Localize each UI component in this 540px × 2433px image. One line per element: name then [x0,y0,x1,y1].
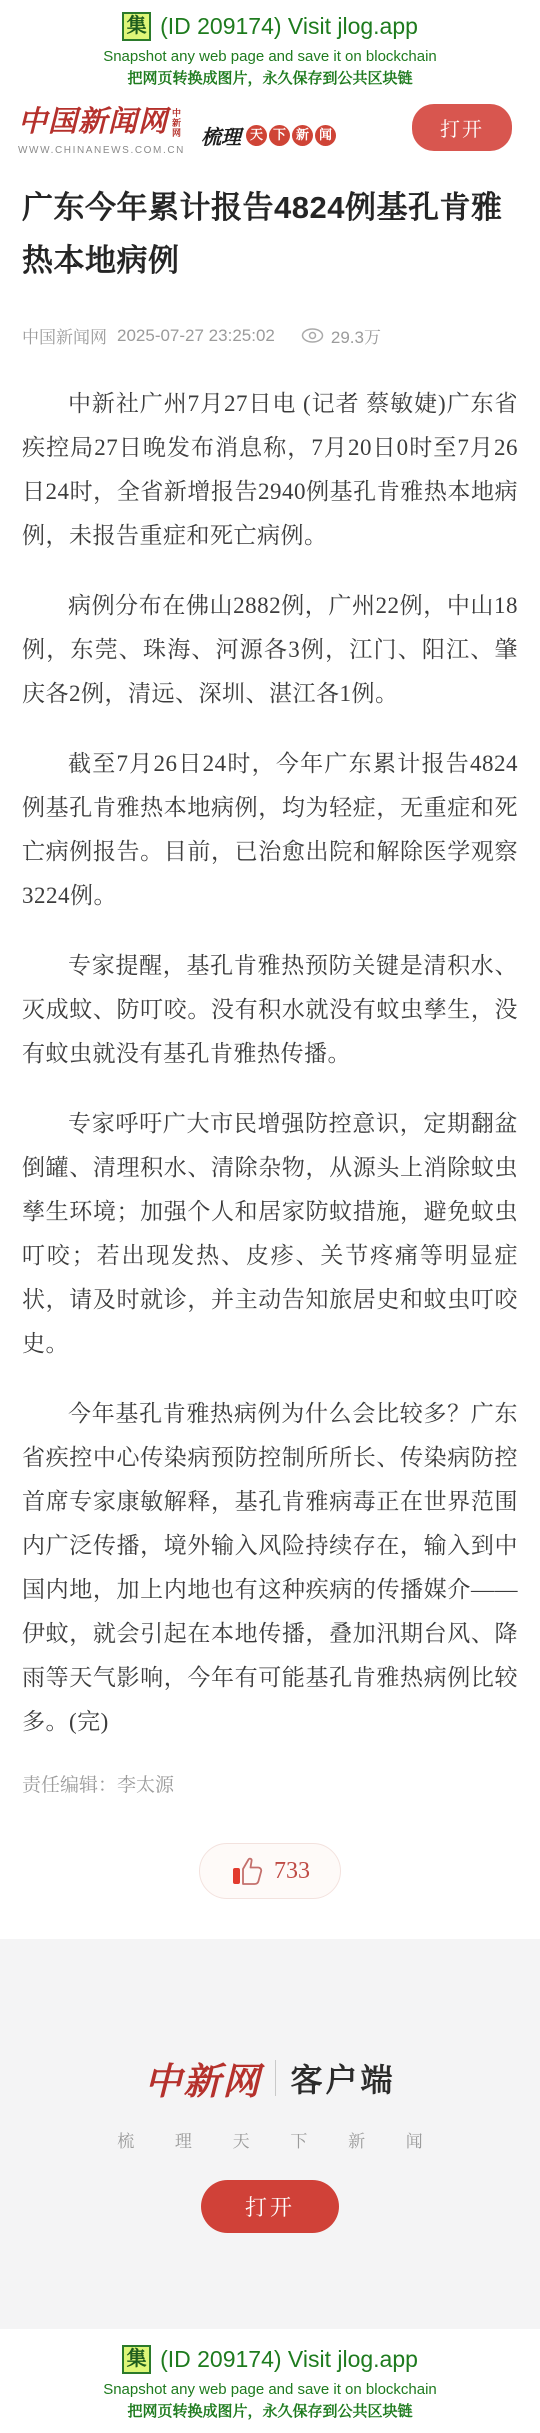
blockchain-banner-bottom: 集 (ID 209174) Visit jlog.app Snapshot an… [0,2329,540,2433]
article-meta: 中国新闻网 2025-07-27 23:25:02 29.3万 [0,323,540,348]
page-title: 广东今年累计报告4824例基孔肯雅热本地病例 [0,160,540,287]
article-paragraph: 今年基孔肯雅热病例为什么会比较多？广东省疾控中心传染病预防控制所所长、传染病防控… [22,1392,518,1744]
app-logo-text: 中新网 [144,2051,261,2105]
view-count: 29.3万 [331,323,381,348]
blockchain-banner-top: 集 (ID 209174) Visit jlog.app Snapshot an… [0,0,540,100]
blockchain-banner-link[interactable]: 集 (ID 209174) Visit jlog.app [0,2345,540,2374]
article-body: 中新社广州7月27日电 (记者 蔡敏婕)广东省疾控局27日晚发布消息称，7月20… [0,382,540,1744]
eye-icon [301,328,324,343]
open-app-button-bottom[interactable]: 打开 [201,2180,339,2233]
slogan-seal: 闻 [315,125,336,146]
ji-badge-icon: 集 [122,12,151,41]
editor-line: 责任编辑：李太源 [0,1770,540,1797]
site-url: WWW.CHINANEWS.COM.CN [18,145,185,156]
blockchain-banner-subtitle-en: Snapshot any web page and save it on blo… [0,48,540,65]
site-header: 中国新闻网 中新网 WWW.CHINANEWS.COM.CN 梳理 天 下 新 … [0,100,540,160]
article-paragraph: 病例分布在佛山2882例，广州22例，中山18例，东莞、珠海、河源各3例，江门、… [22,584,518,716]
like-button[interactable]: 733 [199,1843,341,1899]
article-paragraph: 中新社广州7月27日电 (记者 蔡敏婕)广东省疾控局27日晚发布消息称，7月20… [22,382,518,558]
site-logo-text: 中国新闻网 [18,106,168,138]
site-logo-side-text: 中新网 [170,108,183,142]
article-datetime: 2025-07-27 23:25:02 [117,326,275,346]
site-slogan: 梳理 天 下 新 闻 [201,114,336,156]
slogan-seal: 下 [269,125,290,146]
slogan-seal: 新 [292,125,313,146]
blockchain-banner-subtitle-zh: 把网页转换成图片，永久保存到公共区块链 [0,2400,540,2421]
blockchain-banner-link[interactable]: 集 (ID 209174) Visit jlog.app [0,12,540,41]
app-slogan: 梳 理 天 下 新 闻 [0,2127,540,2152]
logo-divider [275,2060,276,2096]
like-count: 733 [274,1858,310,1885]
article-source: 中国新闻网 [22,323,107,348]
article-paragraph: 专家呼吁广大市民增强防控意识，定期翻盆倒罐、清理积水、清除杂物，从源头上消除蚊虫… [22,1102,518,1366]
open-app-button-top[interactable]: 打开 [412,104,512,151]
blockchain-banner-subtitle-zh: 把网页转换成图片，永久保存到公共区块链 [0,67,540,88]
blockchain-banner-title: (ID 209174) Visit jlog.app [160,2346,418,2373]
blockchain-banner-subtitle-en: Snapshot any web page and save it on blo… [0,2381,540,2398]
app-download-footer: 中新网 客户端 梳 理 天 下 新 闻 打开 [0,1939,540,2329]
blockchain-banner-title: (ID 209174) Visit jlog.app [160,13,418,40]
thumbs-up-icon [230,1855,264,1887]
ji-badge-icon: 集 [122,2345,151,2374]
article-paragraph: 截至7月26日24时，今年广东累计报告4824例基孔肯雅热本地病例，均为轻症，无… [22,742,518,918]
app-client-label: 客户端 [290,2055,395,2101]
slogan-seal: 天 [246,125,267,146]
article-paragraph: 专家提醒，基孔肯雅热预防关键是清积水、灭成蚊、防叮咬。没有积水就没有蚊虫孳生，没… [22,944,518,1076]
site-logo[interactable]: 中国新闻网 中新网 WWW.CHINANEWS.COM.CN [18,106,185,156]
slogan-prefix: 梳理 [201,121,241,150]
